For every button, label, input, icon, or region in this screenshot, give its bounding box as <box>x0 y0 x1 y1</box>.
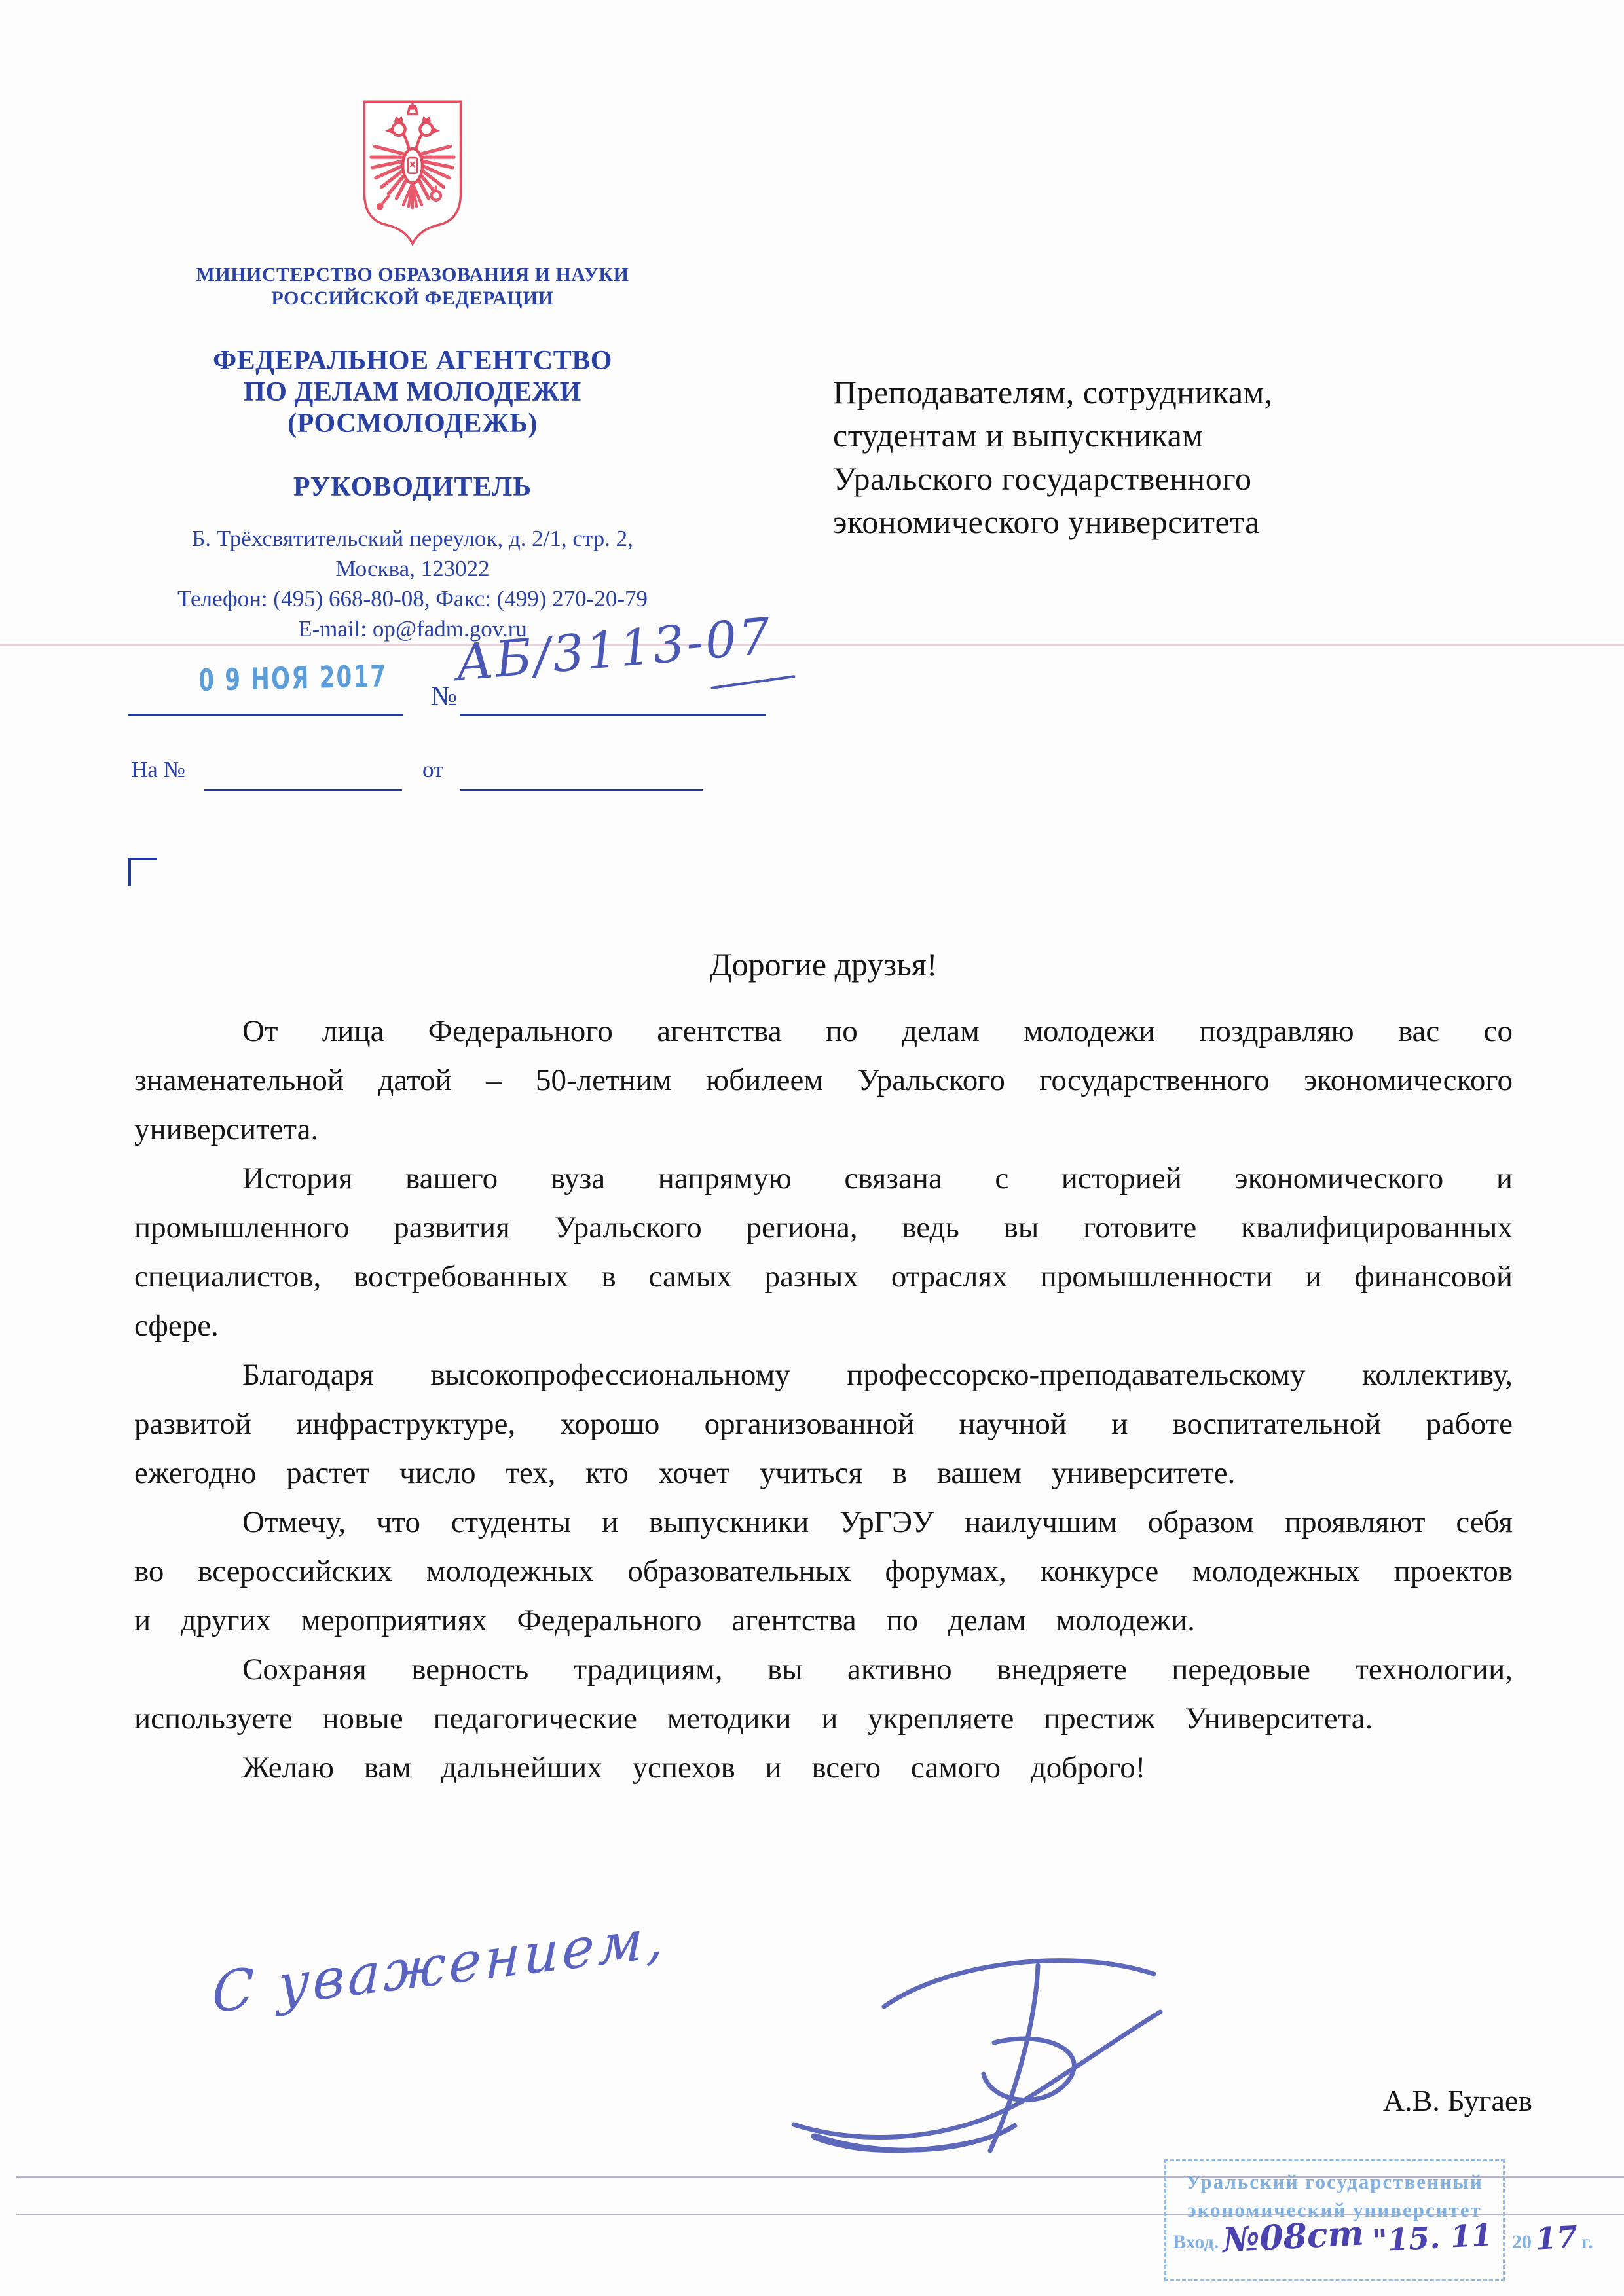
recipient-line4: экономического университета <box>833 500 1527 543</box>
stamp-year-printed: 20 <box>1512 2231 1532 2253</box>
body-paragraph: Сохраняя верность традициям, вы активно … <box>134 1645 1513 1743</box>
reply-number-underline <box>204 789 402 791</box>
scanned-letter-page: МИНИСТЕРСТВО ОБРАЗОВАНИЯ И НАУКИ РОССИЙС… <box>0 0 1624 2296</box>
recipient-line2: студентам и выпускникам <box>833 414 1527 457</box>
number-underline <box>460 714 766 716</box>
central-crown <box>408 104 417 115</box>
reply-from-label: от <box>422 757 443 783</box>
address-line2: Москва, 123022 <box>98 554 727 584</box>
russia-coat-of-arms-icon <box>355 98 470 254</box>
corner-crop-mark <box>128 858 157 886</box>
letterhead: МИНИСТЕРСТВО ОБРАЗОВАНИЯ И НАУКИ РОССИЙС… <box>98 98 727 644</box>
address-line1: Б. Трёхсвятительский переулок, д. 2/1, с… <box>98 524 727 554</box>
agency-name-line1: ФЕДЕРАЛЬНОЕ АГЕНТСТВО <box>98 345 727 376</box>
reply-number-label: На № <box>131 757 185 783</box>
signature-flourish <box>753 1925 1172 2167</box>
ministry-name-line2: РОССИЙСКОЙ ФЕДЕРАЦИИ <box>98 287 727 310</box>
recipient-line3: Уральского государственного <box>833 457 1527 500</box>
recipient-line1: Преподавателям, сотрудникам, <box>833 371 1527 414</box>
number-sign: № <box>431 681 457 712</box>
recipient-block: Преподавателям, сотрудникам, студентам и… <box>833 371 1527 543</box>
stamp-incoming-label: Вход. <box>1173 2231 1219 2253</box>
sign-off-handwriting: С уважением, <box>212 1905 667 2026</box>
stamp-incoming-number-handwritten: №08ст <box>1222 2220 1364 2253</box>
signer-name: А.В. Бугаев <box>1329 2083 1532 2118</box>
ministry-name-line1: МИНИСТЕРСТВО ОБРАЗОВАНИЯ И НАУКИ <box>98 263 727 287</box>
body-paragraph: От лица Федерального агентства по делам … <box>134 1007 1513 1154</box>
body-paragraph: История вашего вуза напрямую связана с и… <box>134 1154 1513 1351</box>
body-paragraph: Отмечу, что студенты и выпускники УрГЭУ … <box>134 1498 1513 1645</box>
body-paragraph: Желаю вам дальнейших успехов и всего сам… <box>134 1743 1513 1793</box>
breast-shield <box>408 158 417 173</box>
handwriting-flourish <box>710 675 795 689</box>
stamp-incoming-date-handwritten: "15. 11 <box>1371 2221 1493 2254</box>
agency-name: ФЕДЕРАЛЬНОЕ АГЕНТСТВО ПО ДЕЛАМ МОЛОДЕЖИ … <box>98 345 727 439</box>
letter-body: От лица Федерального агентства по делам … <box>134 1007 1513 1793</box>
incoming-registration-stamp: Уральский государственный экономический … <box>1164 2159 1505 2281</box>
body-paragraph: Благодаря высокопрофессиональному профес… <box>134 1351 1513 1498</box>
ministry-name: МИНИСТЕРСТВО ОБРАЗОВАНИЯ И НАУКИ РОССИЙС… <box>98 263 727 310</box>
stamp-year-suffix: г. <box>1581 2231 1593 2253</box>
agency-name-line2: ПО ДЕЛАМ МОЛОДЕЖИ <box>98 376 727 408</box>
reply-date-underline <box>460 789 703 791</box>
stamp-org-line1: Уральский государственный <box>1166 2168 1503 2196</box>
date-underline <box>128 714 403 716</box>
chief-title: РУКОВОДИТЕЛЬ <box>98 471 727 503</box>
salutation: Дорогие друзья! <box>134 945 1513 983</box>
outgoing-date-stamp: 0 9 НОЯ 2017 <box>198 658 388 698</box>
phone-fax-line: Телефон: (495) 668-80-08, Факс: (499) 27… <box>98 584 727 614</box>
agency-name-line3: (РОСМОЛОДЕЖЬ) <box>98 408 727 439</box>
stamp-year-handwritten: 17 <box>1535 2223 1578 2251</box>
stamp-registration-row: Вход. №08ст "15. 11 20 17 г. <box>1166 2224 1503 2253</box>
